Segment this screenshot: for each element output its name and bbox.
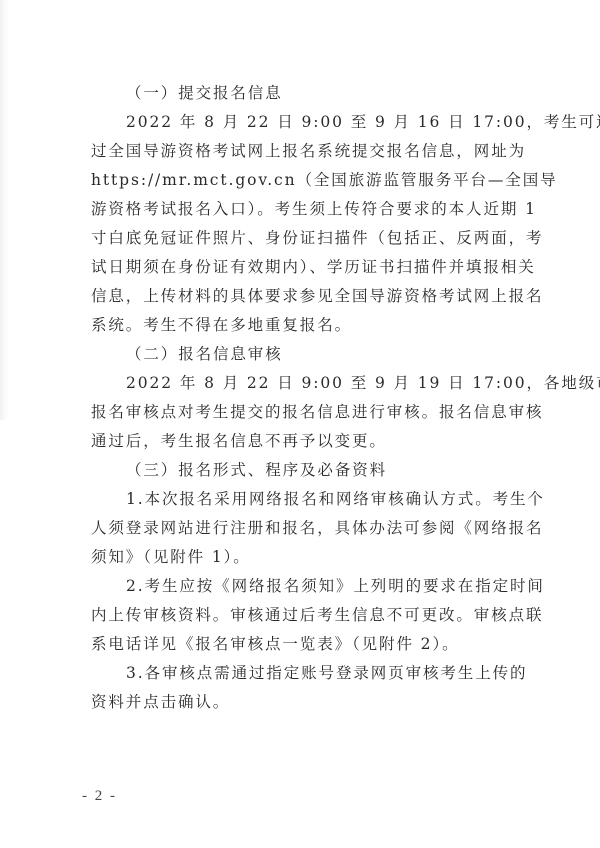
- paragraph-line: 报名审核点对考生提交的报名信息进行审核。报名信息审核: [91, 398, 503, 427]
- paragraph-line: 通过后，考生报名信息不再予以变更。: [91, 427, 503, 456]
- page-number: - 2 -: [82, 788, 117, 805]
- section-heading-1: （一）提交报名信息: [91, 79, 503, 108]
- list-item-3-line: 3.各审核点需通过指定账号登录网页审核考生上传的: [91, 659, 503, 688]
- paragraph-line: 游资格考试报名入口）。考生须上传符合要求的本人近期 1: [91, 195, 503, 224]
- list-item-3-line: 资料并点击确认。: [91, 688, 503, 717]
- paragraph-line: 2022 年 8 月 22 日 9:00 至 9 月 16 日 17:00，考生…: [91, 108, 503, 137]
- list-item-1-line: 1.本次报名采用网络报名和网络审核确认方式。考生个: [91, 485, 503, 514]
- list-item-2-line: 内上传审核资料。审核通过后考生信息不可更改。审核点联: [91, 601, 503, 630]
- paragraph-line: 寸白底免冠证件照片、身份证扫描件（包括正、反两面，考: [91, 224, 503, 253]
- list-item-2-line: 系电话详见《报名审核点一览表》（见附件 2）。: [91, 630, 503, 659]
- paragraph-line: 信息，上传材料的具体要求参见全国导游资格考试网上报名: [91, 282, 503, 311]
- list-item-1-line: 须知》（见附件 1）。: [91, 543, 503, 572]
- list-item-2-line: 2.考生应按《网络报名须知》上列明的要求在指定时间: [91, 572, 503, 601]
- paragraph-line: 系统。考生不得在多地重复报名。: [91, 311, 503, 340]
- paragraph-line: 过全国导游资格考试网上报名系统提交报名信息，网址为: [91, 137, 503, 166]
- scan-edge-shadow: [0, 0, 8, 420]
- document-body: （一）提交报名信息 2022 年 8 月 22 日 9:00 至 9 月 16 …: [91, 79, 503, 717]
- paragraph-line: 试日期须在身份证有效期内）、学历证书扫描件并填报相关: [91, 253, 503, 282]
- section-heading-3: （三）报名形式、程序及必备资料: [91, 456, 503, 485]
- paragraph-line-url: https://mr.mct.gov.cn（全国旅游监管服务平台—全国导: [91, 166, 503, 195]
- section-heading-2: （二）报名信息审核: [91, 340, 503, 369]
- list-item-1-line: 人须登录网站进行注册和报名，具体办法可参阅《网络报名: [91, 514, 503, 543]
- paragraph-line: 2022 年 8 月 22 日 9:00 至 9 月 19 日 17:00，各地…: [91, 369, 503, 398]
